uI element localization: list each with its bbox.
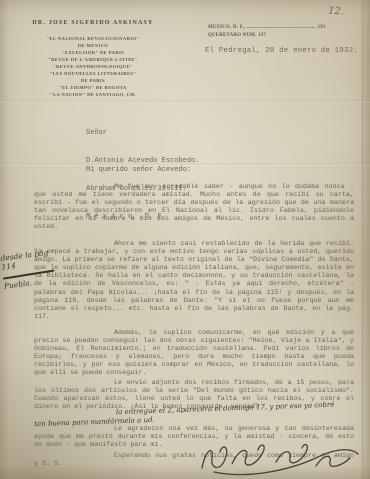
letterhead-address: MEXICO, D. F., .........................… <box>208 24 358 40</box>
letterhead-affiliation: "LES NOUVELLES LITTERAIRES" <box>22 70 164 77</box>
page-edge <box>362 0 363 479</box>
body-paragraph: Además, le suplico comunicarme, en qué e… <box>34 329 354 378</box>
handwritten-signature <box>192 438 364 479</box>
letterhead: DR. JOSE SIGFRIDO ASKINASY "EL NACIONAL … <box>22 20 164 98</box>
letterhead-name: DR. JOSE SIGFRIDO ASKINASY <box>22 20 164 26</box>
letterhead-affiliation: "EL NACIONAL REVOLUCIONARIO" <box>22 35 164 42</box>
paper-crease <box>0 100 370 103</box>
letterhead-affiliation: DE MEXICO <box>22 42 164 49</box>
salutation: Mi querido señor Acevedo: <box>86 166 191 174</box>
body-paragraph: Ahora me siento casi restablecido de la … <box>34 240 354 321</box>
handwritten-margin-note: desde la pág 114 Puebla. <box>0 246 66 290</box>
letterhead-affiliation: "REVUE ANTHROPOLOGIQUE" <box>22 63 164 70</box>
letterhead-city-line: MEXICO, D. F., .........................… <box>208 24 358 32</box>
letterhead-affiliation: "REVUE DE L'AMERIQUE LATINE" <box>22 56 164 63</box>
letter-page: 12. DR. JOSE SIGFRIDO ASKINASY "EL NACIO… <box>0 0 370 479</box>
handwritten-page-number: 12. <box>328 5 345 17</box>
letterhead-affiliation: "EL TIEMPO" DE BOGOTA <box>22 84 164 91</box>
letterhead-affiliations: "EL NACIONAL REVOLUCIONARIO" DE MEXICO "… <box>22 35 164 98</box>
letterhead-affiliation: "EXCELSIOR" DE PARIS <box>22 49 164 56</box>
recipient-line: Señor <box>86 129 199 138</box>
date-line: El Pedregal, 20 de enero de 1932. <box>205 47 358 55</box>
letterhead-affiliation: DE PARIS <box>22 77 164 84</box>
letterhead-street-line: QUERETARO NUM. 137 <box>208 32 358 40</box>
body-paragraph: Me fue muy agradable saber - aunque no l… <box>34 183 354 232</box>
letterhead-affiliation: "LA NACION" DE SANTIAGO, CH. <box>22 91 164 98</box>
